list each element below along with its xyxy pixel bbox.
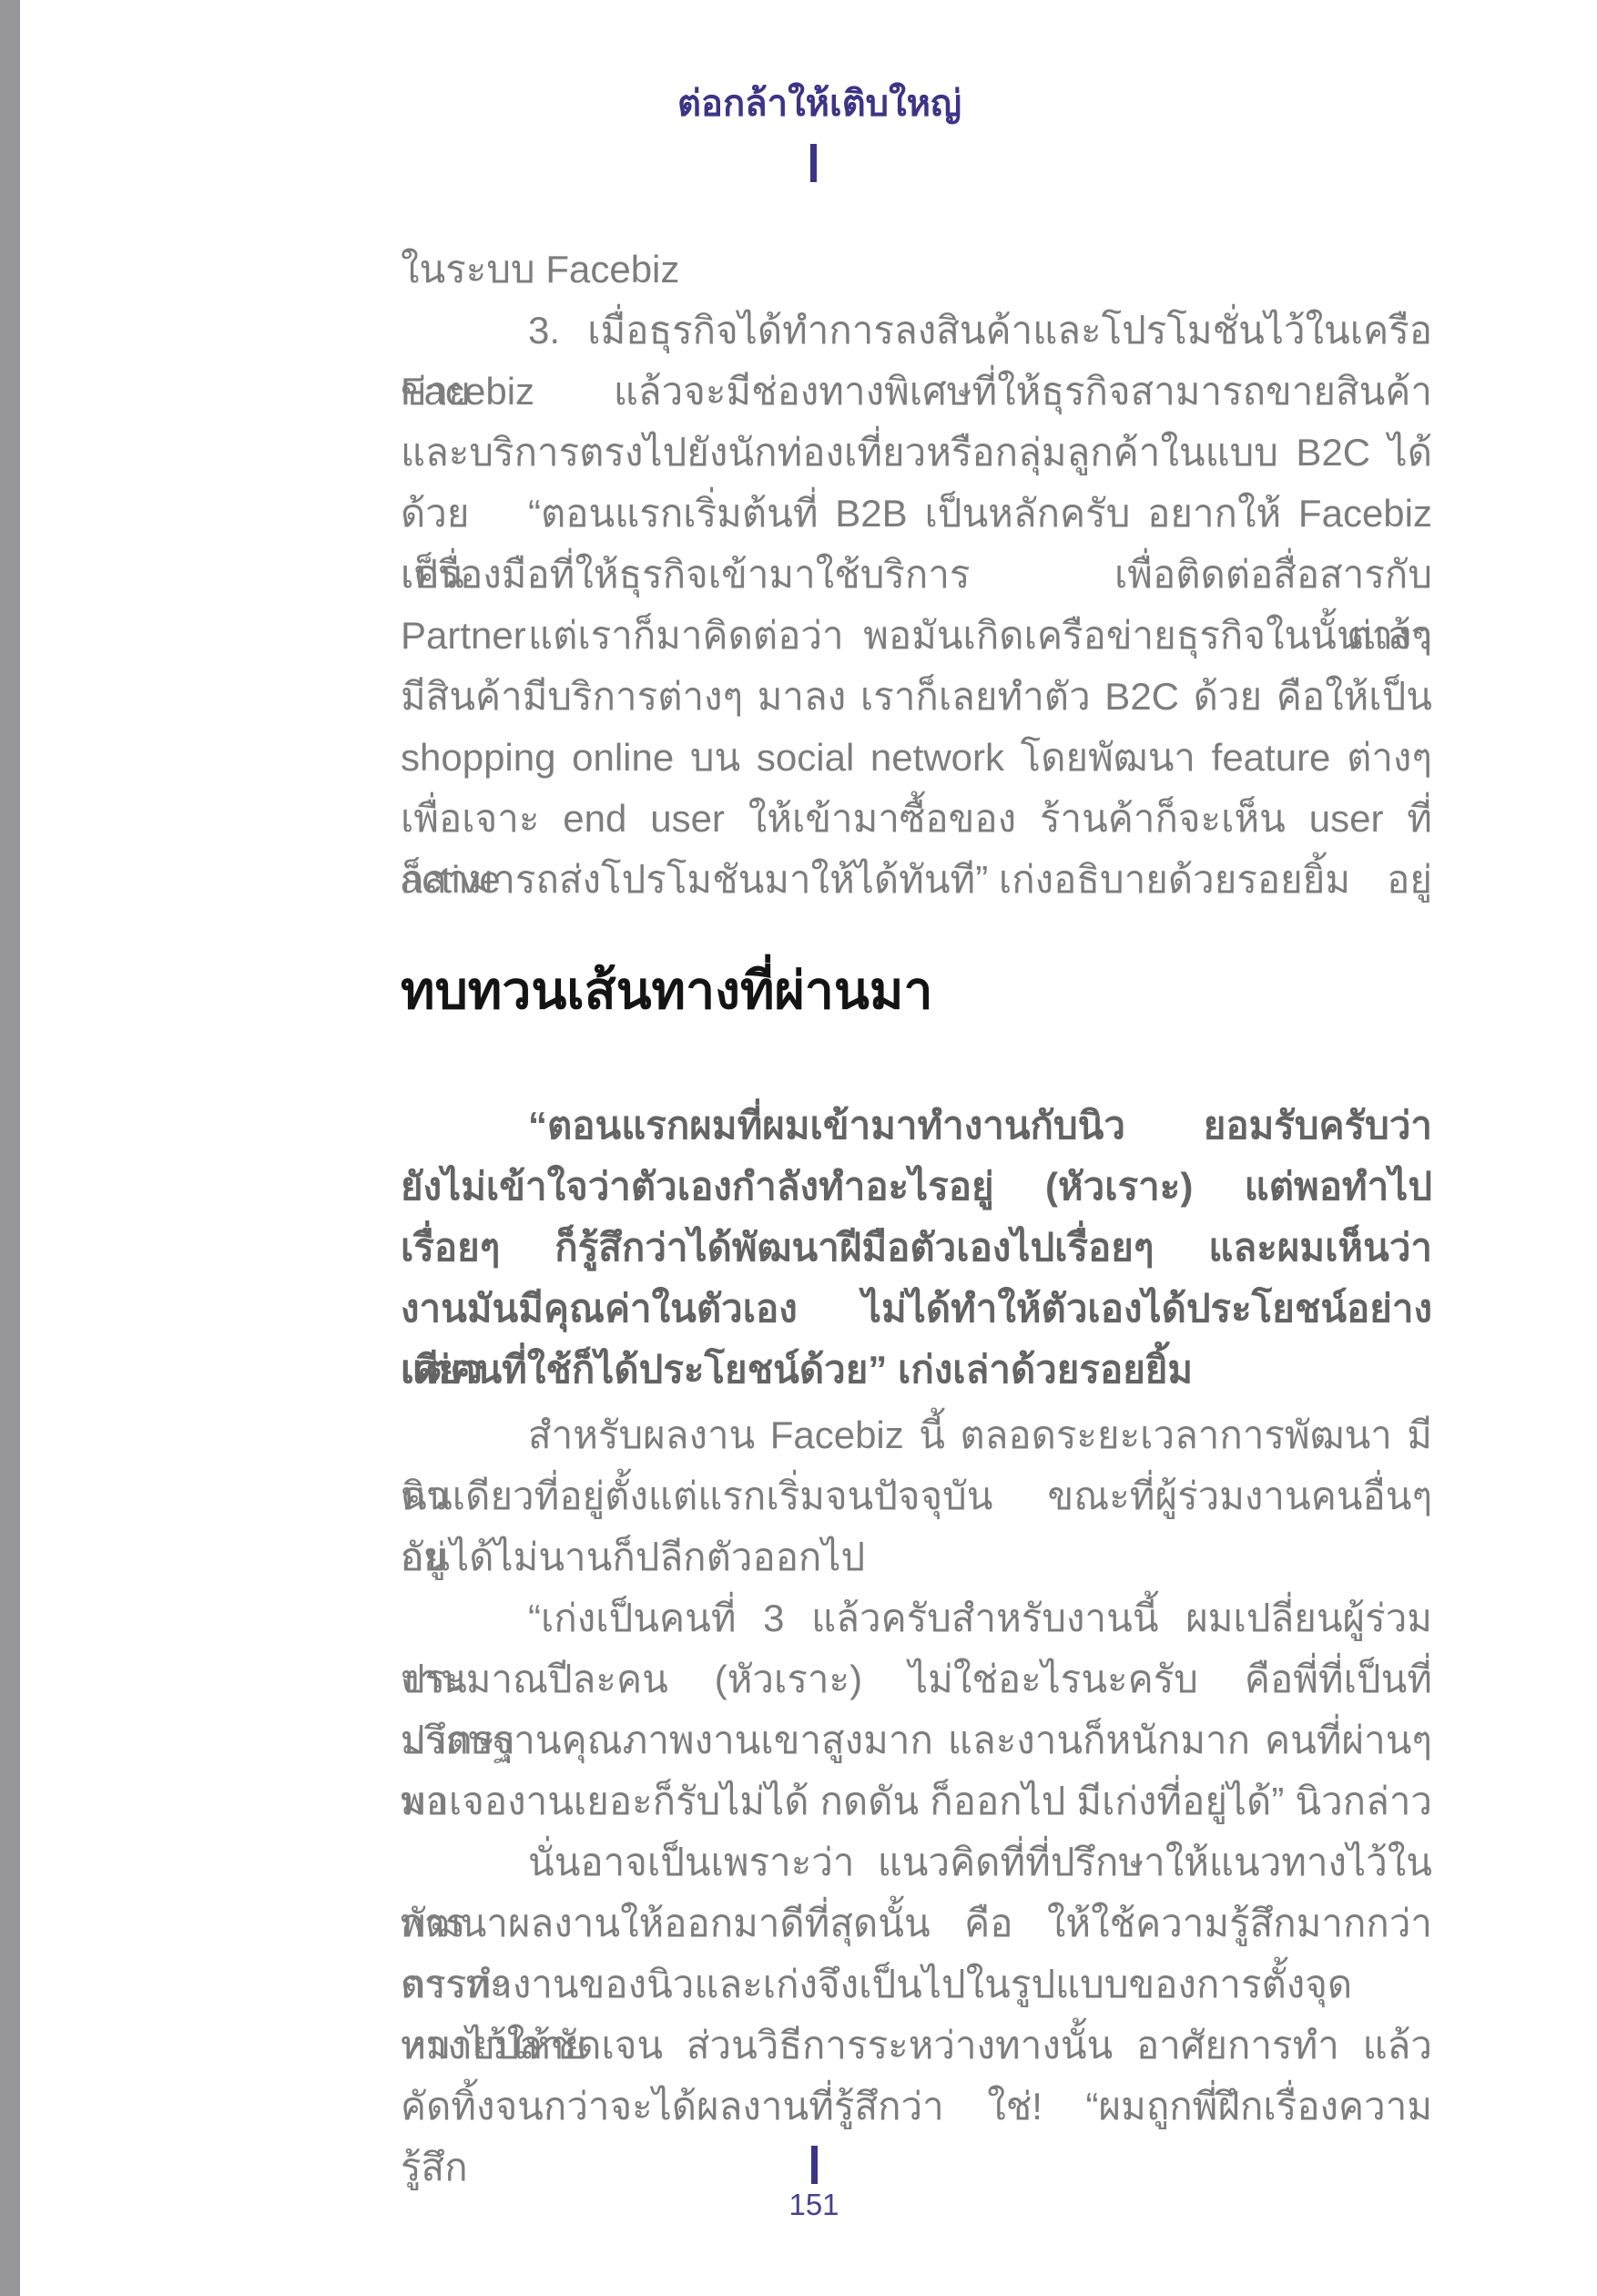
body-line: เครื่องมือที่ให้ธุรกิจเข้ามาใช้บริการ เพ…: [401, 544, 1432, 605]
page-number: 151: [768, 2188, 860, 2222]
body-line: เพื่อเจาะ end user ให้เข้ามาซื้อของ ร้าน…: [401, 788, 1432, 849]
body-line: การทำงานของนิวและเก่งจึงเป็นไปในรูปแบบขอ…: [401, 1954, 1432, 2015]
body-line: 3. เมื่อธุรกิจได้ทำการลงสินค้าและโปรโมชั…: [401, 300, 1432, 361]
quote-line: “ตอนแรกผมที่ผมเข้ามาทำงานกับนิว ยอมรับคร…: [401, 1095, 1432, 1156]
quote-line: ยังไม่เข้าใจว่าตัวเองกำลังทำอะไรอยู่ (หั…: [401, 1156, 1432, 1217]
body-line: และบริการตรงไปยังนักท่องเที่ยวหรือกลุ่มล…: [401, 422, 1432, 483]
quote-line: เรื่อยๆ ก็รู้สึกว่าได้พัฒนาฝีมือตัวเองไป…: [401, 1217, 1432, 1278]
book-page: ต่อกล้าให้เติบใหญ่ ในระบบ Facebiz 3. เมื…: [0, 0, 1597, 2296]
page-body: ในระบบ Facebiz 3. เมื่อธุรกิจได้ทำการลงส…: [401, 239, 1432, 2137]
body-line: ประมาณปีละคน (หัวเราะ) ไม่ใช่อะไรนะครับ …: [401, 1648, 1432, 1709]
body-line: มีสินค้ามีบริการต่างๆ มาลง เราก็เลยทำตัว…: [401, 666, 1432, 727]
body-line: “เก่งเป็นคนที่ 3 แล้วครับสำหรับงานนี้ ผม…: [401, 1587, 1432, 1648]
body-line: ก็สามารถส่งโปรโมชันมาให้ได้ทันที” เก่งอธ…: [401, 849, 1432, 910]
body-line: สำหรับผลงาน Facebiz นี้ ตลอดระยะเวลาการพ…: [401, 1404, 1432, 1465]
body-line: ทางไว้ให้ชัดเจน ส่วนวิธีการระหว่างทางนั้…: [401, 2015, 1432, 2076]
body-line: พัฒนาผลงานให้ออกมาดีที่สุดนั้น คือ ให้ใช…: [401, 1893, 1432, 1954]
quote-line: แต่คนที่ใช้ก็ได้ประโยชน์ด้วย” เก่งเล่าด้…: [401, 1339, 1432, 1400]
footer-divider-bar: [811, 2146, 818, 2184]
paragraph-2: สำหรับผลงาน Facebiz นี้ ตลอดระยะเวลาการพ…: [401, 1404, 1432, 2137]
body-line: มาตรฐานคุณภาพงานเขาสูงมาก และงานก็หนักมา…: [401, 1709, 1432, 1770]
page-header-title: ต่อกล้าให้เติบใหญ่: [546, 82, 1093, 126]
section-heading: ทบทวนเส้นทางที่ผ่านมา: [401, 959, 1432, 1023]
header-divider-bar: [810, 144, 817, 182]
body-line: พอเจองานเยอะก็รับไม่ได้ กดดัน ก็ออกไป มี…: [401, 1770, 1432, 1832]
body-line: คนเดียวที่อยู่ตั้งแต่แรกเริ่มจนปัจจุบัน …: [401, 1465, 1432, 1526]
left-edge-strip: [0, 0, 20, 2296]
paragraph-1: ในระบบ Facebiz 3. เมื่อธุรกิจได้ทำการลงส…: [401, 239, 1432, 910]
body-line: shopping online บน social network โดยพัฒ…: [401, 727, 1432, 788]
body-line: กันได้ไม่นานก็ปลีกตัวออกไป: [401, 1526, 1432, 1587]
body-line: Facebiz แล้วจะมีช่องทางพิเศษที่ให้ธุรกิจ…: [401, 361, 1432, 422]
body-line: ในระบบ Facebiz: [401, 239, 1432, 300]
quote-line: งานมันมีคุณค่าในตัวเอง ไม่ได้ทำให้ตัวเอง…: [401, 1278, 1432, 1339]
body-line: แต่เราก็มาคิดต่อว่า พอมันเกิดเครือข่ายธุ…: [401, 605, 1432, 666]
quote-paragraph: “ตอนแรกผมที่ผมเข้ามาทำงานกับนิว ยอมรับคร…: [401, 1095, 1432, 1400]
body-line: นั่นอาจเป็นเพราะว่า แนวคิดที่ที่ปรึกษาให…: [401, 1832, 1432, 1893]
body-line: “ตอนแรกเริ่มต้นที่ B2B เป็นหลักครับ อยาก…: [401, 483, 1432, 544]
body-line: คัดทิ้งจนกว่าจะได้ผลงานที่รู้สึกว่า ใช่!…: [401, 2076, 1432, 2137]
